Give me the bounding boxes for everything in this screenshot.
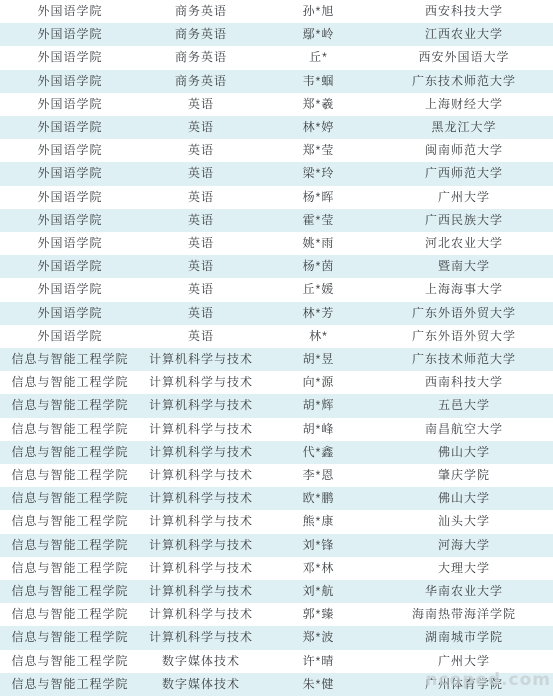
cell-name: 杨*茵	[262, 255, 375, 278]
cell-university: 佛山大学	[375, 487, 553, 510]
cell-university: 河海大学	[375, 534, 553, 557]
cell-college: 信息与智能工程学院	[0, 534, 140, 557]
cell-name: 熊*康	[262, 510, 375, 533]
cell-major: 计算机科学与技术	[140, 441, 262, 464]
table-body: 外国语学院商务英语孙*旭西安科技大学外国语学院商务英语鄢*岭江西农业大学外国语学…	[0, 0, 553, 696]
cell-major: 商务英语	[140, 23, 262, 46]
table-row: 外国语学院商务英语韦*蝈广东技术师范大学	[0, 70, 553, 93]
cell-university: 五邑大学	[375, 394, 553, 417]
table-row: 信息与智能工程学院计算机科学与技术李*恩肇庆学院	[0, 464, 553, 487]
cell-name: 林*	[262, 325, 375, 348]
table-row: 信息与智能工程学院计算机科学与技术胡*辉五邑大学	[0, 394, 553, 417]
cell-university: 南昌航空大学	[375, 418, 553, 441]
cell-name: 孙*旭	[262, 0, 375, 23]
cell-major: 计算机科学与技术	[140, 394, 262, 417]
cell-college: 信息与智能工程学院	[0, 603, 140, 626]
cell-name: 邓*林	[262, 557, 375, 580]
cell-major: 计算机科学与技术	[140, 418, 262, 441]
cell-name: 胡*辉	[262, 394, 375, 417]
cell-major: 计算机科学与技术	[140, 534, 262, 557]
results-table: 外国语学院商务英语孙*旭西安科技大学外国语学院商务英语鄢*岭江西农业大学外国语学…	[0, 0, 553, 696]
cell-college: 外国语学院	[0, 302, 140, 325]
cell-university: 广东外语外贸大学	[375, 325, 553, 348]
table-row: 外国语学院英语梁*玲广西师范大学	[0, 162, 553, 185]
cell-name: 霍*莹	[262, 209, 375, 232]
cell-college: 信息与智能工程学院	[0, 371, 140, 394]
cell-college: 信息与智能工程学院	[0, 487, 140, 510]
cell-university: 华南农业大学	[375, 580, 553, 603]
cell-university: 上海海事大学	[375, 278, 553, 301]
cell-university: 广东技术师范大学	[375, 348, 553, 371]
cell-name: 胡*峰	[262, 418, 375, 441]
cell-college: 外国语学院	[0, 186, 140, 209]
cell-major: 计算机科学与技术	[140, 580, 262, 603]
cell-major: 英语	[140, 139, 262, 162]
table-row: 信息与智能工程学院计算机科学与技术刘*锋河海大学	[0, 534, 553, 557]
cell-name: 郑*羲	[262, 93, 375, 116]
cell-university: 湖南城市学院	[375, 626, 553, 649]
cell-college: 外国语学院	[0, 255, 140, 278]
cell-major: 计算机科学与技术	[140, 557, 262, 580]
table-row: 外国语学院商务英语丘*西安外国语大学	[0, 46, 553, 69]
cell-college: 外国语学院	[0, 162, 140, 185]
cell-name: 向*源	[262, 371, 375, 394]
cell-major: 计算机科学与技术	[140, 348, 262, 371]
cell-name: 姚*雨	[262, 232, 375, 255]
cell-college: 外国语学院	[0, 70, 140, 93]
cell-college: 信息与智能工程学院	[0, 418, 140, 441]
cell-major: 计算机科学与技术	[140, 487, 262, 510]
cell-university: 广州体育学院	[375, 673, 553, 696]
cell-college: 信息与智能工程学院	[0, 626, 140, 649]
cell-major: 英语	[140, 325, 262, 348]
table-row: 外国语学院英语郑*莹闽南师范大学	[0, 139, 553, 162]
cell-major: 英语	[140, 255, 262, 278]
cell-university: 上海财经大学	[375, 93, 553, 116]
cell-university: 广东技术师范大学	[375, 70, 553, 93]
table-row: 信息与智能工程学院数字媒体技术许*晴广州大学	[0, 650, 553, 673]
cell-university: 暨南大学	[375, 255, 553, 278]
cell-major: 计算机科学与技术	[140, 510, 262, 533]
cell-major: 计算机科学与技术	[140, 464, 262, 487]
cell-major: 英语	[140, 116, 262, 139]
cell-name: 丘*	[262, 46, 375, 69]
cell-university: 广东外语外贸大学	[375, 302, 553, 325]
cell-university: 广州大学	[375, 186, 553, 209]
table-row: 信息与智能工程学院计算机科学与技术熊*康汕头大学	[0, 510, 553, 533]
table-row: 外国语学院商务英语孙*旭西安科技大学	[0, 0, 553, 23]
cell-name: 李*恩	[262, 464, 375, 487]
cell-university: 广西师范大学	[375, 162, 553, 185]
cell-university: 佛山大学	[375, 441, 553, 464]
cell-college: 外国语学院	[0, 93, 140, 116]
table-row: 信息与智能工程学院计算机科学与技术胡*峰南昌航空大学	[0, 418, 553, 441]
table-row: 信息与智能工程学院计算机科学与技术郭*臻海南热带海洋学院	[0, 603, 553, 626]
cell-college: 外国语学院	[0, 0, 140, 23]
cell-name: 杨*晖	[262, 186, 375, 209]
cell-name: 郭*臻	[262, 603, 375, 626]
table-row: 外国语学院英语郑*羲上海财经大学	[0, 93, 553, 116]
table-row: 外国语学院英语杨*茵暨南大学	[0, 255, 553, 278]
cell-name: 朱*健	[262, 673, 375, 696]
cell-university: 闽南师范大学	[375, 139, 553, 162]
cell-name: 林*婷	[262, 116, 375, 139]
cell-college: 信息与智能工程学院	[0, 348, 140, 371]
cell-name: 鄢*岭	[262, 23, 375, 46]
cell-college: 外国语学院	[0, 139, 140, 162]
cell-college: 外国语学院	[0, 325, 140, 348]
table-row: 外国语学院英语杨*晖广州大学	[0, 186, 553, 209]
cell-college: 外国语学院	[0, 209, 140, 232]
cell-university: 江西农业大学	[375, 23, 553, 46]
cell-university: 西安科技大学	[375, 0, 553, 23]
cell-major: 商务英语	[140, 0, 262, 23]
table-row: 信息与智能工程学院计算机科学与技术邓*林大理大学	[0, 557, 553, 580]
cell-name: 丘*媛	[262, 278, 375, 301]
cell-college: 信息与智能工程学院	[0, 557, 140, 580]
cell-university: 西南科技大学	[375, 371, 553, 394]
cell-university: 肇庆学院	[375, 464, 553, 487]
cell-college: 外国语学院	[0, 116, 140, 139]
table-row: 外国语学院商务英语鄢*岭江西农业大学	[0, 23, 553, 46]
cell-university: 大理大学	[375, 557, 553, 580]
table-row: 外国语学院英语林*广东外语外贸大学	[0, 325, 553, 348]
table-row: 信息与智能工程学院计算机科学与技术郑*波湖南城市学院	[0, 626, 553, 649]
cell-university: 黑龙江大学	[375, 116, 553, 139]
table-row: 信息与智能工程学院计算机科学与技术刘*航华南农业大学	[0, 580, 553, 603]
cell-university: 广州大学	[375, 650, 553, 673]
cell-major: 英语	[140, 302, 262, 325]
cell-college: 信息与智能工程学院	[0, 650, 140, 673]
cell-college: 信息与智能工程学院	[0, 580, 140, 603]
cell-major: 计算机科学与技术	[140, 603, 262, 626]
cell-name: 郑*波	[262, 626, 375, 649]
cell-name: 林*芳	[262, 302, 375, 325]
cell-name: 刘*锋	[262, 534, 375, 557]
cell-university: 海南热带海洋学院	[375, 603, 553, 626]
cell-name: 刘*航	[262, 580, 375, 603]
table-row: 外国语学院英语林*婷黑龙江大学	[0, 116, 553, 139]
cell-major: 英语	[140, 209, 262, 232]
table-row: 信息与智能工程学院计算机科学与技术向*源西南科技大学	[0, 371, 553, 394]
cell-major: 商务英语	[140, 46, 262, 69]
table-row: 外国语学院英语霍*莹广西民族大学	[0, 209, 553, 232]
cell-major: 商务英语	[140, 70, 262, 93]
cell-university: 汕头大学	[375, 510, 553, 533]
cell-college: 信息与智能工程学院	[0, 441, 140, 464]
cell-major: 计算机科学与技术	[140, 371, 262, 394]
cell-college: 外国语学院	[0, 46, 140, 69]
cell-major: 数字媒体技术	[140, 673, 262, 696]
cell-college: 信息与智能工程学院	[0, 673, 140, 696]
cell-university: 西安外国语大学	[375, 46, 553, 69]
table-row: 外国语学院英语姚*雨河北农业大学	[0, 232, 553, 255]
cell-major: 英语	[140, 162, 262, 185]
cell-major: 计算机科学与技术	[140, 626, 262, 649]
page: 外国语学院商务英语孙*旭西安科技大学外国语学院商务英语鄢*岭江西农业大学外国语学…	[0, 0, 553, 696]
table-row: 外国语学院英语林*芳广东外语外贸大学	[0, 302, 553, 325]
cell-college: 信息与智能工程学院	[0, 464, 140, 487]
table-row: 信息与智能工程学院数字媒体技术朱*健广州体育学院	[0, 673, 553, 696]
cell-university: 河北农业大学	[375, 232, 553, 255]
cell-name: 胡*昱	[262, 348, 375, 371]
cell-name: 欧*鹏	[262, 487, 375, 510]
cell-major: 数字媒体技术	[140, 650, 262, 673]
cell-name: 郑*莹	[262, 139, 375, 162]
cell-name: 韦*蝈	[262, 70, 375, 93]
cell-major: 英语	[140, 232, 262, 255]
cell-college: 外国语学院	[0, 232, 140, 255]
cell-major: 英语	[140, 278, 262, 301]
cell-college: 外国语学院	[0, 23, 140, 46]
cell-name: 代*鑫	[262, 441, 375, 464]
cell-name: 许*晴	[262, 650, 375, 673]
cell-name: 梁*玲	[262, 162, 375, 185]
cell-university: 广西民族大学	[375, 209, 553, 232]
cell-college: 信息与智能工程学院	[0, 510, 140, 533]
cell-major: 英语	[140, 186, 262, 209]
table-row: 信息与智能工程学院计算机科学与技术欧*鹏佛山大学	[0, 487, 553, 510]
cell-college: 外国语学院	[0, 278, 140, 301]
cell-college: 信息与智能工程学院	[0, 394, 140, 417]
table-row: 信息与智能工程学院计算机科学与技术胡*昱广东技术师范大学	[0, 348, 553, 371]
cell-major: 英语	[140, 93, 262, 116]
table-row: 信息与智能工程学院计算机科学与技术代*鑫佛山大学	[0, 441, 553, 464]
table-row: 外国语学院英语丘*媛上海海事大学	[0, 278, 553, 301]
